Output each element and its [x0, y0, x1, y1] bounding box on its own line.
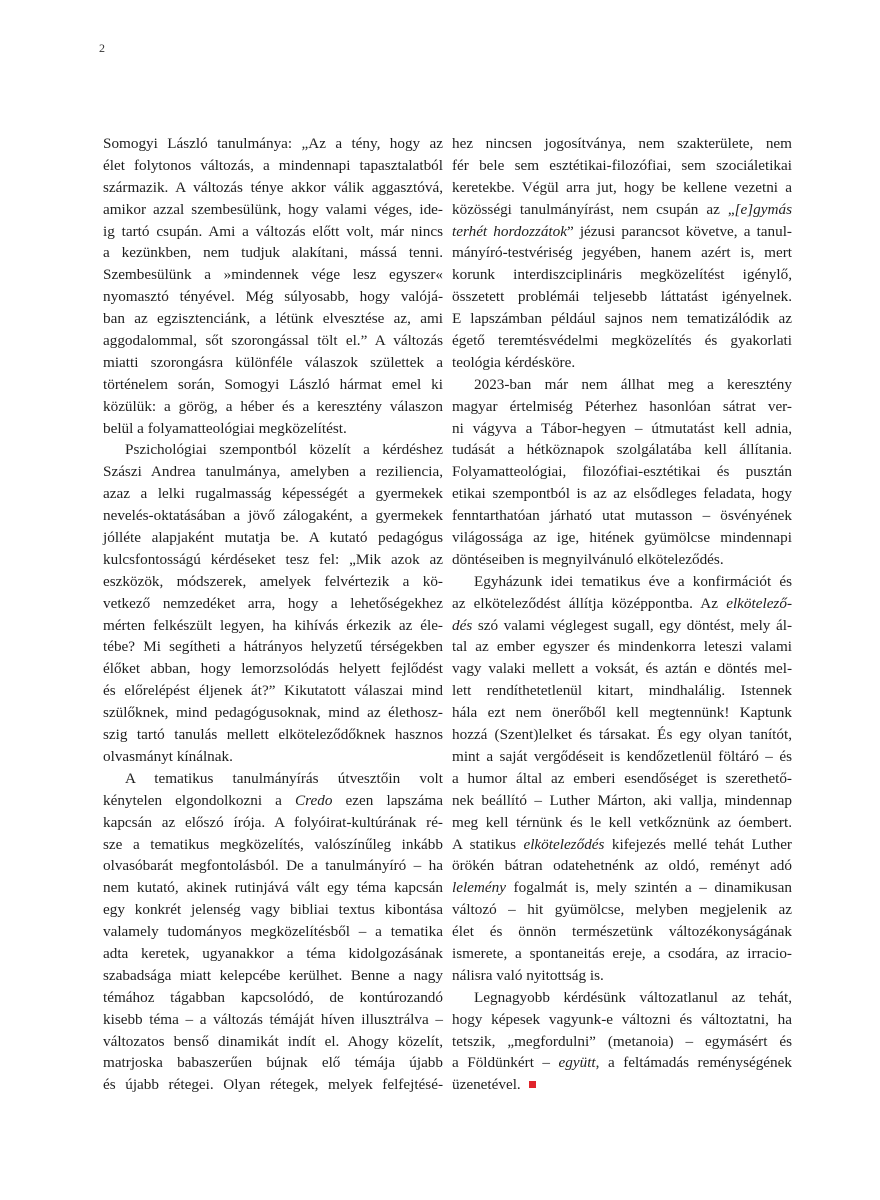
text-run: élet folytonos változás, a mindennapi ta…: [103, 157, 443, 174]
text-line: ig tartó csupán. Ami a változás előtt vo…: [103, 221, 443, 243]
text-line: eszközök, módszerek, amelyek felvértezik…: [103, 571, 443, 593]
text-line: Pszichológiai szempontból közelít a kérd…: [103, 439, 443, 461]
text-run: Szászi Andrea tanulmánya, amelyben a rez…: [103, 463, 443, 480]
end-of-article-square-icon: [529, 1081, 536, 1088]
text-run: témához tágabban kapcsolódó, de kontúroz…: [103, 989, 443, 1006]
text-run: hozzá (Szent)lelket és társakat. És egy …: [452, 726, 792, 743]
text-run: kifejezés mellé tehát Luther: [604, 836, 792, 853]
text-run: hála ezt nem önerőből kell megtennünk! K…: [452, 704, 792, 721]
text-line: hogy képesek vagyunk-e változni és válto…: [452, 1009, 792, 1031]
text-line: keretekbe. Végül arra jut, hogy be kelle…: [452, 177, 792, 199]
text-line: tetszik, „megfordulni” (metanoia) – egym…: [452, 1031, 792, 1053]
text-run: nek beállító – Luther Márton, aki vallja…: [452, 792, 792, 809]
text-line: témához tágabban kapcsolódó, de kontúroz…: [103, 987, 443, 1009]
text-run: tal az ember egyszer és mindenkorra lete…: [452, 638, 792, 655]
text-run: fér bele sem esztétikai-filozófiai, sem …: [452, 157, 792, 174]
text-line: Egyházunk idei tematikus éve a konfirmác…: [452, 571, 792, 593]
text-run: olvasóbarát megfontolásból. De a tanulmá…: [103, 857, 443, 874]
text-line: döntéseiben is megnyilvánuló elköteleződ…: [452, 549, 792, 571]
text-line: terhét hordozzátok” jézusi parancsot köv…: [452, 221, 792, 243]
text-run: fogalmát is, mely szintén a – dinamikusa…: [506, 879, 792, 896]
text-line: jólléte alapjaként mutatja be. A kutató …: [103, 527, 443, 549]
text-line: lett rendíthetetlenül kitart, mindhaláli…: [452, 680, 792, 702]
text-line: az elköteleződést állítja középpontba. A…: [452, 593, 792, 615]
text-line: nyomasztó tényével. Még súlyosabb, hogy …: [103, 286, 443, 308]
text-run: szó valami véglegest sugall, egy döntést…: [472, 617, 792, 634]
italic-term: lelemény: [452, 879, 506, 896]
text-line: üzenetével.: [452, 1074, 792, 1096]
text-line: vetkező nemzedéket arra, hogy a lehetősé…: [103, 593, 443, 615]
text-run: 2023-ban már nem állhat meg a keresztény: [474, 376, 792, 393]
italic-term: elkötelező-: [726, 595, 792, 612]
text-line: kulcsfontosságú kérdéseket tesz fel: „Mi…: [103, 549, 443, 571]
text-run: ban az egzisztenciánk, a létünk elveszté…: [103, 310, 443, 327]
text-run: égető teremtésvédelmi megközelítés és gy…: [452, 332, 792, 349]
text-line: fenntarthatóan járható utat mutasson – ö…: [452, 505, 792, 527]
text-line: kapcsán az előszó írója. A folyóirat-kul…: [103, 812, 443, 834]
text-line: élőket abban, hogy lemorzsolódás helyett…: [103, 658, 443, 680]
text-run: sze a tematikus megközelítés, valószínűl…: [103, 836, 443, 853]
text-line: A tematikus tanulmányírás útvesztőin vol…: [103, 768, 443, 790]
text-run: vagy valaki mellett a voksát, és aztán e…: [452, 660, 792, 677]
text-line: belül a folyamatteológiai megközelítést.: [103, 418, 443, 440]
text-run: kénytelen elgondolkozni a: [103, 792, 295, 809]
text-run: közülük: a görög, a héber és a keresztén…: [103, 398, 443, 415]
text-run: Pszichológiai szempontból közelít a kérd…: [125, 441, 443, 458]
text-run: Somogyi László tanulmánya: „Az a tény, h…: [103, 135, 443, 152]
text-line: tudását a hétköznapok szolgálatába kell …: [452, 439, 792, 461]
text-line: származik. A változás ténye akkor válik …: [103, 177, 443, 199]
text-run: tudását a hétköznapok szolgálatába kell …: [452, 441, 792, 458]
italic-term: elköteleződés: [523, 836, 604, 853]
text-run: Egyházunk idei tematikus éve a konfirmác…: [474, 573, 792, 590]
text-line: aggodalommal, sőt szorongással tölt el.”…: [103, 330, 443, 352]
text-line: a humor által az emberi esendőséget is s…: [452, 768, 792, 790]
text-line: Szembesülünk a »mindennek vége lesz egys…: [103, 264, 443, 286]
text-line: vagy valaki mellett a voksát, és aztán e…: [452, 658, 792, 680]
text-line: teológia kérdésköre.: [452, 352, 792, 374]
text-line: világossága az ige, hitének gyümölcse mi…: [452, 527, 792, 549]
text-line: amikor azzal szembesülünk, hogy valami v…: [103, 199, 443, 221]
text-run: kapcsán az előszó írója. A folyóirat-kul…: [103, 814, 443, 831]
text-line: közösségi tanulmányírást, nem csupán az …: [452, 199, 792, 221]
text-line: A statikus elköteleződés kifejezés mellé…: [452, 834, 792, 856]
text-line: örökén bátran odatehetnénk az oldó, remé…: [452, 855, 792, 877]
text-line: miatti szorongásra különféle válaszok sz…: [103, 352, 443, 374]
italic-term: dés: [452, 617, 472, 634]
text-line: mányíró-testvériség jegyében, hanem azér…: [452, 242, 792, 264]
text-line: egy konkrét jelenség vagy bibliai textus…: [103, 899, 443, 921]
text-line: Szászi Andrea tanulmánya, amelyben a rez…: [103, 461, 443, 483]
text-run: tetszik, „megfordulni” (metanoia) – egym…: [452, 1033, 792, 1050]
text-run: , a feltámadás reménységének: [596, 1054, 792, 1071]
text-line: és újabb rétegei. Olyan rétegek, melyek …: [103, 1074, 443, 1096]
text-line: olvasóbarát megfontolásból. De a tanulmá…: [103, 855, 443, 877]
text-line: ban az egzisztenciánk, a létünk elveszté…: [103, 308, 443, 330]
text-run: belül a folyamatteológiai megközelítést.: [103, 420, 347, 437]
text-run: és előrelépést éljenek át?” Kikutatott v…: [103, 682, 443, 699]
text-line: lelemény fogalmát is, mely szintén a – d…: [452, 877, 792, 899]
text-run: ezen lapszáma: [332, 792, 443, 809]
text-run: fenntarthatóan járható utat mutasson – ö…: [452, 507, 792, 524]
page-number: 2: [99, 41, 105, 56]
text-run: vetkező nemzedéket arra, hogy a lehetősé…: [103, 595, 443, 612]
text-run: A tematikus tanulmányírás útvesztőin vol…: [125, 770, 443, 787]
text-run: változó – hit gyümölcse, melyben megjele…: [452, 901, 792, 918]
text-run: ismerete, a spontaneitás ereje, a csodár…: [452, 945, 792, 962]
text-run: matrjoska babaszerűen bújnak elő témája …: [103, 1054, 443, 1071]
text-run: etikai szempontból is az az elsődleges f…: [452, 485, 792, 502]
text-line: élet és önnön természetünk változékonysá…: [452, 921, 792, 943]
text-line: nevelés-oktatásában a jövő zálogaként, a…: [103, 505, 443, 527]
text-run: szülőknek, mind pedagógusoknak, mind az …: [103, 704, 443, 721]
text-run: kisebb téma – a változás témáját híven i…: [103, 1011, 443, 1028]
text-line: mérten felkészült legyen, ha kihívás érk…: [103, 615, 443, 637]
text-run: miatti szorongásra különféle válaszok sz…: [103, 354, 443, 371]
text-line: a kezünkben, nem tudjuk alakítani, mássá…: [103, 242, 443, 264]
text-run: változatos benső dinamikát indít el. Aho…: [103, 1033, 443, 1050]
text-run: jólléte alapjaként mutatja be. A kutató …: [103, 529, 443, 546]
text-line: a Földünkért – együtt, a feltámadás remé…: [452, 1052, 792, 1074]
text-line: adta keretek, ugyanakkor a téma kidolgoz…: [103, 943, 443, 965]
text-line: dés szó valami véglegest sugall, egy dön…: [452, 615, 792, 637]
text-line: változó – hit gyümölcse, melyben megjele…: [452, 899, 792, 921]
text-line: magyar értelmiség Péterhez hasonlóan sát…: [452, 396, 792, 418]
text-run: A statikus: [452, 836, 523, 853]
italic-term: együtt: [559, 1054, 596, 1071]
text-run: E lapszámban például sajnos nem tematizá…: [452, 310, 792, 327]
text-line: hála ezt nem önerőből kell megtennünk! K…: [452, 702, 792, 724]
italic-term: [e]gymás: [735, 201, 792, 218]
text-line: ismerete, a spontaneitás ereje, a csodár…: [452, 943, 792, 965]
text-run: mányíró-testvériség jegyében, hanem azér…: [452, 244, 792, 261]
text-line: matrjoska babaszerűen bújnak elő témája …: [103, 1052, 443, 1074]
text-run: élőket abban, hogy lemorzsolódás helyett…: [103, 660, 443, 677]
text-line: nek beállító – Luther Márton, aki vallja…: [452, 790, 792, 812]
italic-term: terhét hordozzátok: [452, 223, 567, 240]
text-line: ni vágyva a Tábor-hegyen – útmutatást ke…: [452, 418, 792, 440]
text-run: tébe? Mi segítheti a hátrányos helyzetű …: [103, 638, 443, 655]
text-run: Folyamatteológiai, filozófiai-esztétikai…: [452, 463, 792, 480]
text-line: tal az ember egyszer és mindenkorra lete…: [452, 636, 792, 658]
text-run: ni vágyva a Tábor-hegyen – útmutatást ke…: [452, 420, 792, 437]
text-line: korunk interdiszciplináris megközelítést…: [452, 264, 792, 286]
text-run: Szembesülünk a »mindennek vége lesz egys…: [103, 266, 443, 283]
text-run: történelem során, Somogyi László hármat …: [103, 376, 443, 393]
text-run: hez nincsen jogosítványa, nem szakterüle…: [452, 135, 792, 152]
text-line: szabadsága miatt kelepcébe kerülhet. Ben…: [103, 965, 443, 987]
text-run: eszközök, módszerek, amelyek felvértezik…: [103, 573, 443, 590]
text-run: összetett problémái teljesebb láttatást …: [452, 288, 792, 305]
text-run: mint a saját vergődéseit is kendőzetlenü…: [452, 748, 792, 765]
text-line: nem kutató, akinek rutinjává vált egy té…: [103, 877, 443, 899]
text-run: adta keretek, ugyanakkor a téma kidolgoz…: [103, 945, 443, 962]
text-run: nem kutató, akinek rutinjává vált egy té…: [103, 879, 443, 896]
text-run: lett rendíthetetlenül kitart, mindhaláli…: [452, 682, 792, 699]
text-run: hogy képesek vagyunk-e változni és válto…: [452, 1011, 792, 1028]
text-line: meg kell térnünk és le kell vetkőznünk a…: [452, 812, 792, 834]
text-run: azaz a lelki rugalmasság képességét a gy…: [103, 485, 443, 502]
text-line: Legnagyobb kérdésünk változatlanul az te…: [452, 987, 792, 1009]
text-line: szig tartó tanulás mellett elköteleződők…: [103, 724, 443, 746]
text-line: nálisra való nyitottság is.: [452, 965, 792, 987]
text-line: kénytelen elgondolkozni a Credo ezen lap…: [103, 790, 443, 812]
text-line: közülük: a görög, a héber és a keresztén…: [103, 396, 443, 418]
text-line: hozzá (Szent)lelket és társakat. És egy …: [452, 724, 792, 746]
text-line: élet folytonos változás, a mindennapi ta…: [103, 155, 443, 177]
text-run: mérten felkészült legyen, ha kihívás érk…: [103, 617, 443, 634]
text-line: fér bele sem esztétikai-filozófiai, sem …: [452, 155, 792, 177]
text-run: egy konkrét jelenség vagy bibliai textus…: [103, 901, 443, 918]
text-line: hez nincsen jogosítványa, nem szakterüle…: [452, 133, 792, 155]
text-run: szabadsága miatt kelepcébe kerülhet. Ben…: [103, 967, 443, 984]
text-run: amikor azzal szembesülünk, hogy valami v…: [103, 201, 443, 218]
text-line: változatos benső dinamikát indít el. Aho…: [103, 1031, 443, 1053]
text-run: Legnagyobb kérdésünk változatlanul az te…: [474, 989, 792, 1006]
text-run: döntéseiben is megnyilvánuló elköteleződ…: [452, 551, 724, 568]
text-run: származik. A változás ténye akkor válik …: [103, 179, 443, 196]
text-run: a humor által az emberi esendőséget is s…: [452, 770, 792, 787]
text-run: korunk interdiszciplináris megközelítést…: [452, 266, 792, 283]
text-line: mint a saját vergődéseit is kendőzetlenü…: [452, 746, 792, 768]
text-run: keretekbe. Végül arra jut, hogy be kelle…: [452, 179, 792, 196]
text-line: Folyamatteológiai, filozófiai-esztétikai…: [452, 461, 792, 483]
text-run: ig tartó csupán. Ami a változás előtt vo…: [103, 223, 443, 240]
text-run: olvasmányt kínálnak.: [103, 748, 233, 765]
text-line: etikai szempontból is az az elsődleges f…: [452, 483, 792, 505]
text-line: égető teremtésvédelmi megközelítés és gy…: [452, 330, 792, 352]
text-run: teológia kérdésköre.: [452, 354, 575, 371]
text-run: valamely tudományos megközelítésből – a …: [103, 923, 443, 940]
text-run: aggodalommal, sőt szorongással tölt el.”…: [103, 332, 443, 349]
text-line: összetett problémái teljesebb láttatást …: [452, 286, 792, 308]
text-run: a Földünkért –: [452, 1054, 559, 1071]
text-run: üzenetével.: [452, 1076, 521, 1093]
text-line: tébe? Mi segítheti a hátrányos helyzetű …: [103, 636, 443, 658]
text-run: meg kell térnünk és le kell vetkőznünk a…: [452, 814, 792, 831]
text-run: az elköteleződést állítja középpontba. A…: [452, 595, 726, 612]
text-line: történelem során, Somogyi László hármat …: [103, 374, 443, 396]
text-line: E lapszámban például sajnos nem tematizá…: [452, 308, 792, 330]
italic-term: Credo: [295, 792, 332, 809]
text-line: Somogyi László tanulmánya: „Az a tény, h…: [103, 133, 443, 155]
text-run: nyomasztó tényével. Még súlyosabb, hogy …: [103, 288, 443, 305]
text-run: nevelés-oktatásában a jövő zálogaként, a…: [103, 507, 443, 524]
text-run: magyar értelmiség Péterhez hasonlóan sát…: [452, 398, 792, 415]
text-run: élet és önnön természetünk változékonysá…: [452, 923, 792, 940]
text-run: és újabb rétegei. Olyan rétegek, melyek …: [103, 1076, 443, 1093]
left-text-column: Somogyi László tanulmánya: „Az a tény, h…: [103, 133, 443, 1096]
text-run: szig tartó tanulás mellett elköteleződők…: [103, 726, 443, 743]
text-line: 2023-ban már nem állhat meg a keresztény: [452, 374, 792, 396]
text-line: azaz a lelki rugalmasság képességét a gy…: [103, 483, 443, 505]
text-line: sze a tematikus megközelítés, valószínűl…: [103, 834, 443, 856]
text-run: kulcsfontosságú kérdéseket tesz fel: „Mi…: [103, 551, 443, 568]
text-run: nálisra való nyitottság is.: [452, 967, 604, 984]
text-line: valamely tudományos megközelítésből – a …: [103, 921, 443, 943]
text-run: örökén bátran odatehetnénk az oldó, remé…: [452, 857, 792, 874]
text-run: a kezünkben, nem tudjuk alakítani, mássá…: [103, 244, 443, 261]
text-run: közösségi tanulmányírást, nem csupán az …: [452, 201, 735, 218]
text-line: szülőknek, mind pedagógusoknak, mind az …: [103, 702, 443, 724]
text-line: olvasmányt kínálnak.: [103, 746, 443, 768]
right-text-column: hez nincsen jogosítványa, nem szakterüle…: [452, 133, 792, 1096]
text-line: és előrelépést éljenek át?” Kikutatott v…: [103, 680, 443, 702]
text-run: világossága az ige, hitének gyümölcse mi…: [452, 529, 792, 546]
text-run: ” jézusi parancsot követve, a tanul-: [567, 223, 792, 240]
text-line: kisebb téma – a változás témáját híven i…: [103, 1009, 443, 1031]
